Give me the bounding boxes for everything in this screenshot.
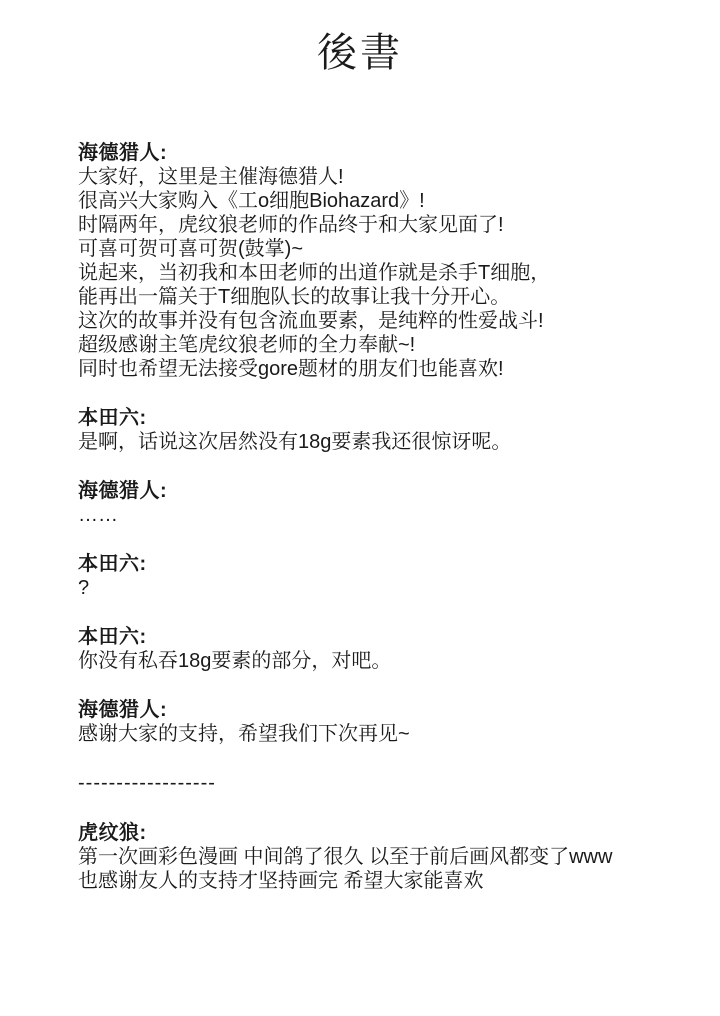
speaker-name: 海德猎人: — [78, 698, 660, 722]
artist-note-section: 虎纹狼: 第一次画彩色漫画 中间鸽了很久 以至于前后画风都变了www 也感谢友人… — [78, 821, 660, 893]
speaker-name: 海德猎人: — [78, 141, 660, 165]
dialogue-section: 海德猎人: 感谢大家的支持，希望我们下次再见~ — [78, 698, 660, 746]
speaker-name: 本田六: — [78, 625, 660, 649]
section-divider: ------------------ — [78, 771, 660, 795]
dialogue-line: 说起来，当初我和本田老师的出道作就是杀手T细胞， — [78, 261, 660, 285]
speaker-name: 本田六: — [78, 552, 660, 576]
dialogue-line: 能再出一篇关于T细胞队长的故事让我十分开心。 — [78, 285, 660, 309]
dialogue-section: 本田六: ? — [78, 552, 660, 600]
artist-note-line: 也感谢友人的支持才坚持画完 希望大家能喜欢 — [78, 869, 660, 893]
artist-note-line: 第一次画彩色漫画 中间鸽了很久 以至于前后画风都变了www — [78, 845, 660, 869]
dialogue-line: 同时也希望无法接受gore题材的朋友们也能喜欢! — [78, 357, 660, 381]
speaker-name: 本田六: — [78, 406, 660, 430]
dialogue-line: 你没有私吞18g要素的部分，对吧。 — [78, 649, 660, 673]
dialogue-line: 很高兴大家购入《工o细胞Biohazard》! — [78, 189, 660, 213]
dialogue-section: 本田六: 是啊，话说这次居然没有18g要素我还很惊讶呢。 — [78, 406, 660, 454]
dialogue-line: ? — [78, 576, 660, 600]
dialogue-line: 感谢大家的支持，希望我们下次再见~ — [78, 722, 660, 746]
dialogue-section: 海德猎人: 大家好，这里是主催海德猎人! 很高兴大家购入《工o细胞Biohaza… — [78, 141, 660, 381]
page-title: 後書 — [0, 0, 720, 75]
dialogue-section: 海德猎人: …… — [78, 479, 660, 527]
dialogue-section: 本田六: 你没有私吞18g要素的部分，对吧。 — [78, 625, 660, 673]
artist-name: 虎纹狼: — [78, 821, 660, 845]
dialogue-line: 超级感谢主笔虎纹狼老师的全力奉献~! — [78, 333, 660, 357]
dialogue-line: 是啊，话说这次居然没有18g要素我还很惊讶呢。 — [78, 430, 660, 454]
dialogue-line: 大家好，这里是主催海德猎人! — [78, 165, 660, 189]
dialogue-line: 时隔两年，虎纹狼老师的作品终于和大家见面了! — [78, 213, 660, 237]
dialogue-line: 这次的故事并没有包含流血要素，是纯粹的性爱战斗! — [78, 309, 660, 333]
dialogue-line: 可喜可贺可喜可贺(鼓掌)~ — [78, 237, 660, 261]
speaker-name: 海德猎人: — [78, 479, 660, 503]
afterword-content: 海德猎人: 大家好，这里是主催海德猎人! 很高兴大家购入《工o细胞Biohaza… — [0, 75, 720, 893]
afterword-page: 後書 海德猎人: 大家好，这里是主催海德猎人! 很高兴大家购入《工o细胞Bioh… — [0, 0, 720, 1016]
dialogue-line: …… — [78, 503, 660, 527]
